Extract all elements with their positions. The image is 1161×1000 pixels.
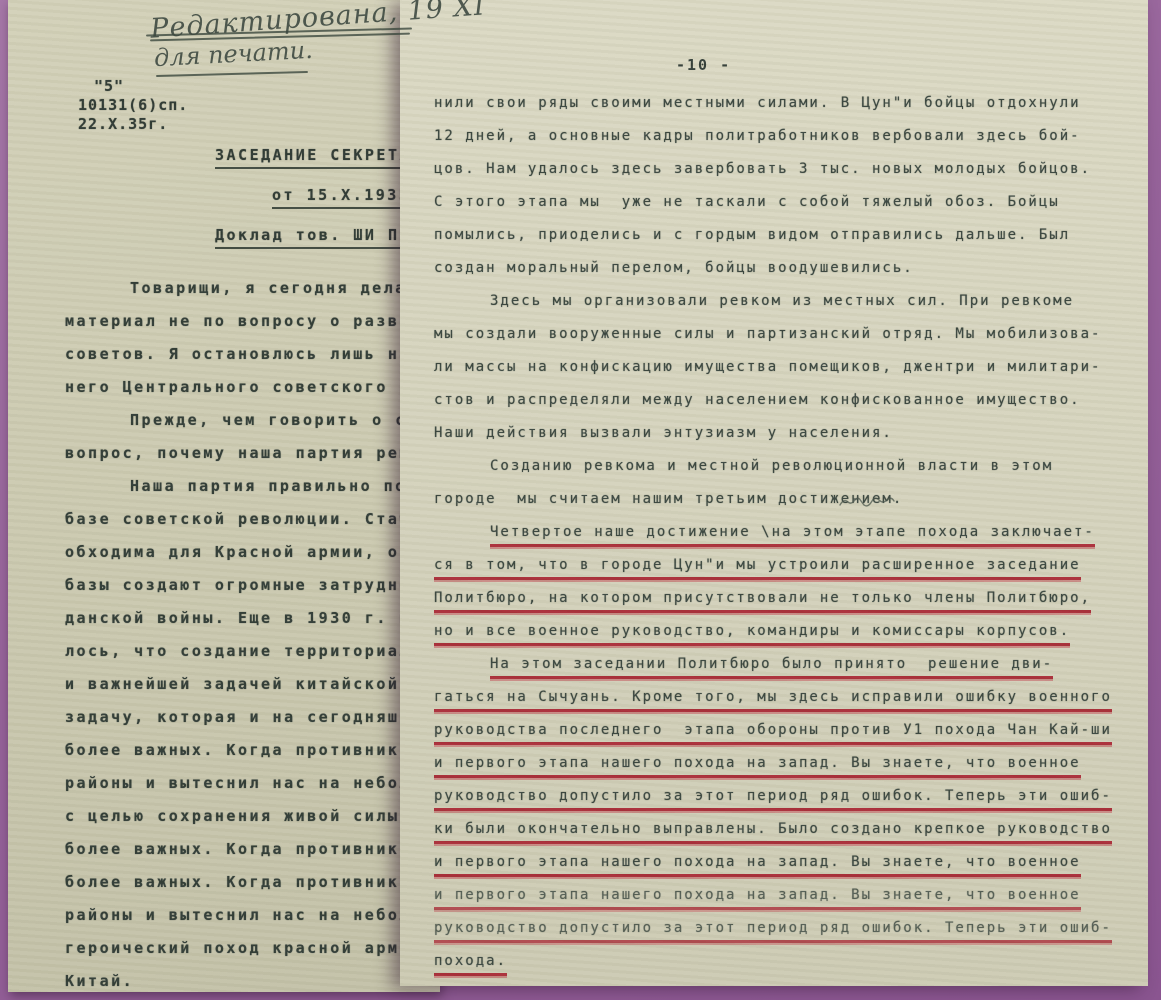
text-line: нили свои ряды своими местными силами. В… [434, 87, 1134, 120]
heading-report-author: Доклад тов. ШИ ПИН [215, 226, 423, 249]
text-line: и первого этапа нашего похода на запад. … [434, 846, 1134, 879]
text-line: ли массы на конфискацию имущества помещи… [434, 351, 1134, 384]
page-number: -10 - [676, 56, 731, 74]
right-page-body: нили свои ряды своими местными силами. В… [434, 87, 1134, 978]
text-line: городе мы считаем нашим третьим достижен… [434, 483, 1134, 516]
text-line: 10131(6)сп. [78, 89, 188, 108]
document-stamp-block: "5"10131(6)сп.22.Х.35г. [78, 70, 188, 127]
text-line: стов и распределяли между населением кон… [434, 384, 1134, 417]
heading-session-date: от 15.Х.1935 [272, 186, 410, 209]
archival-scan-background: "5"10131(6)сп.22.Х.35г. ЗАСЕДАНИЕ СЕКРЕТ… [0, 0, 1161, 1000]
text-line: Наши действия вызвали энтузиазм у населе… [434, 417, 1134, 450]
text-line: мы создали вооруженные силы и партизанск… [434, 318, 1134, 351]
text-line: но и все военное руководство, командиры … [434, 615, 1134, 648]
text-line: 12 дней, а основные кадры политработнико… [434, 120, 1134, 153]
right-page: -10 - нили свои ряды своими местными сил… [400, 0, 1148, 986]
text-line: гаться на Сычуань. Кроме того, мы здесь … [434, 681, 1134, 714]
text-line: цов. Нам удалось здесь завербовать 3 тыс… [434, 153, 1134, 186]
text-line: Здесь мы организовали ревком из местных … [434, 285, 1134, 318]
handwritten-insert-icon [838, 494, 896, 510]
text-line: ки были окончательно выправлены. Было со… [434, 813, 1134, 846]
text-line: "5" [78, 70, 188, 89]
text-line: С этого этапа мы уже не таскали с собой … [434, 186, 1134, 219]
text-line: помылись, приоделись и с гордым видом от… [434, 219, 1134, 252]
text-line: руководство допустило за этот период ряд… [434, 780, 1134, 813]
heading-session-title: ЗАСЕДАНИЕ СЕКРЕТАР [215, 146, 423, 169]
text-line: и первого этапа нашего похода на запад. … [434, 747, 1134, 780]
text-line: На этом заседании Политбюро было принято… [434, 648, 1134, 681]
text-line: руководство допустило за этот период ряд… [434, 912, 1134, 945]
text-line: ся в том, что в городе Цун"и мы устроили… [434, 549, 1134, 582]
left-page: "5"10131(6)сп.22.Х.35г. ЗАСЕДАНИЕ СЕКРЕТ… [8, 0, 440, 992]
text-line: руководства последнего этапа обороны про… [434, 714, 1134, 747]
text-line: Созданию ревкома и местной революционной… [434, 450, 1134, 483]
text-line: создан моральный перелом, бойцы воодушев… [434, 252, 1134, 285]
text-line: похода. [434, 945, 1134, 978]
text-line: и первого этапа нашего похода на запад. … [434, 879, 1134, 912]
text-line: Политбюро, на котором присутствовали не … [434, 582, 1134, 615]
text-line: Четвертое наше достижение \на этом этапе… [434, 516, 1134, 549]
